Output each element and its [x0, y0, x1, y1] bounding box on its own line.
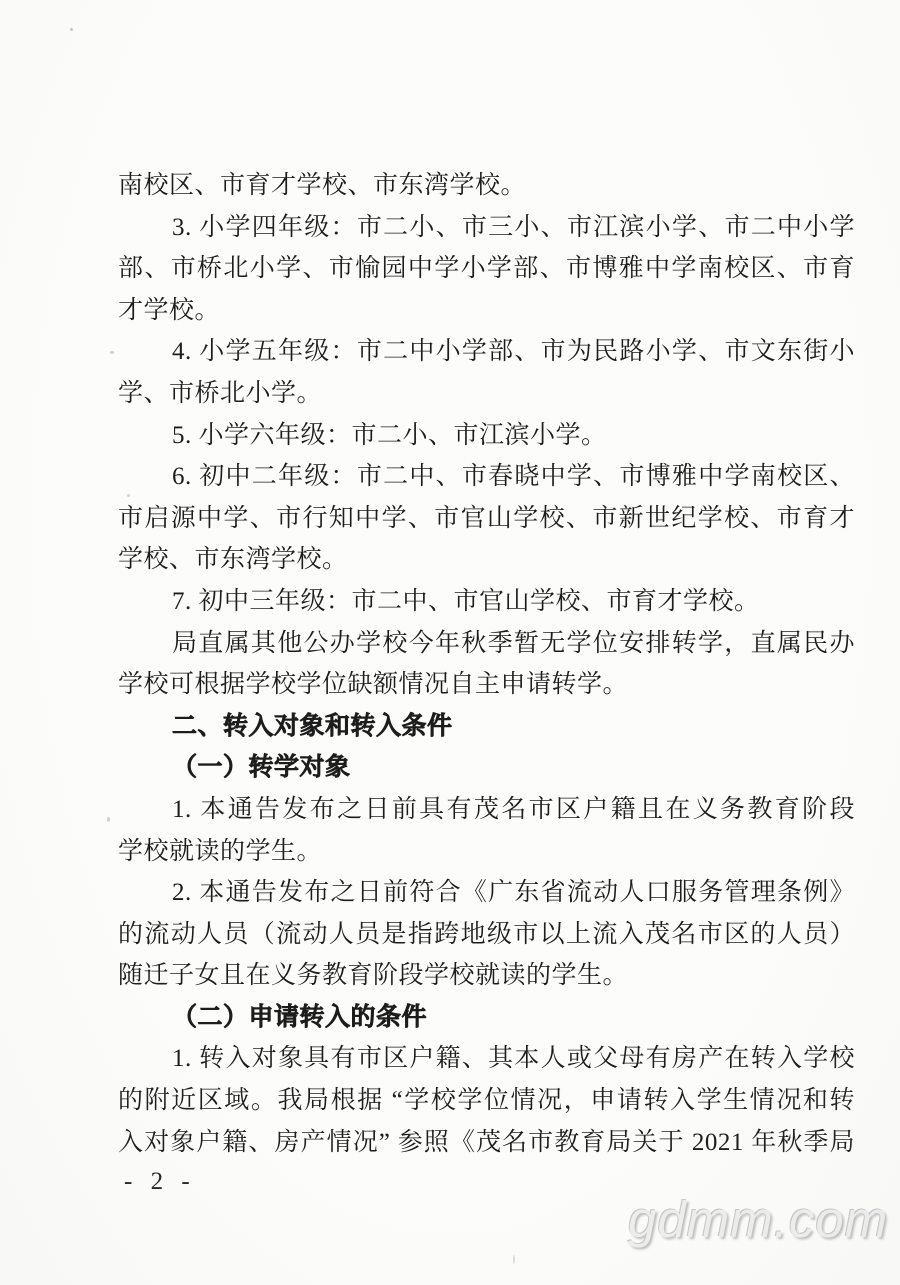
- watermark-text: gdmm.com: [628, 1190, 888, 1249]
- body-line: 局直属其他公办学校今年秋季暂无学位安排转学，直属民办: [118, 623, 855, 665]
- body-line: 南校区、市育才学校、市东湾学校。: [118, 165, 855, 207]
- list-item-junior3: 7. 初中三年级：市二中、市官山学校、市育才学校。: [118, 581, 855, 623]
- scan-artifact: [513, 1255, 515, 1264]
- body-line: 2. 本通告发布之日前符合《广东省流动人口服务管理条例》: [118, 872, 855, 914]
- scan-artifact: [110, 351, 114, 354]
- subsection-heading-1: （一）转学对象: [118, 747, 855, 789]
- document-body: 南校区、市育才学校、市东湾学校。 3. 小学四年级：市二小、市三小、市江滨小学、…: [118, 165, 855, 1163]
- list-item-junior2: 6. 初中二年级：市二中、市春晓中学、市博雅中学南校区、: [118, 456, 855, 498]
- subsection-heading-2: （二）申请转入的条件: [118, 997, 855, 1039]
- scanned-document-page: 南校区、市育才学校、市东湾学校。 3. 小学四年级：市二小、市三小、市江滨小学、…: [0, 0, 900, 1285]
- section-heading-2: 二、转入对象和转入条件: [118, 706, 855, 748]
- body-line: 学校可根据学校学位缺额情况自主申请转学。: [118, 664, 855, 706]
- body-line: 才学校。: [118, 290, 855, 332]
- body-line: 学校就读的学生。: [118, 831, 855, 873]
- body-line: 的附近区域。我局根据 “学校学位情况，申请转入学生情况和转: [118, 1080, 855, 1122]
- body-line: 1. 本通告发布之日前具有茂名市区户籍且在义务教育阶段: [118, 789, 855, 831]
- scan-artifact: [70, 28, 73, 31]
- scan-artifact: [107, 817, 110, 822]
- body-line: 市启源中学、市行知中学、市官山学校、市新世纪学校、市育才: [118, 498, 855, 540]
- body-line: 学校、市东湾学校。: [118, 539, 855, 581]
- body-line: 的流动人员（流动人员是指跨地级市以上流入茂名市区的人员）: [118, 914, 855, 956]
- list-item-grade4: 3. 小学四年级：市二小、市三小、市江滨小学、市二中小学: [118, 207, 855, 249]
- body-line: 学、市桥北小学。: [118, 373, 855, 415]
- body-line: 1. 转入对象具有市区户籍、其本人或父母有房产在转入学校: [118, 1038, 855, 1080]
- list-item-grade5: 4. 小学五年级：市二中小学部、市为民路小学、市文东街小: [118, 331, 855, 373]
- list-item-grade6: 5. 小学六年级：市二小、市江滨小学。: [118, 415, 855, 457]
- body-line: 部、市桥北小学、市愉园中学小学部、市博雅中学南校区、市育: [118, 248, 855, 290]
- page-number: - 2 -: [124, 1168, 192, 1196]
- body-line: 随迁子女且在义务教育阶段学校就读的学生。: [118, 955, 855, 997]
- body-line: 入对象户籍、房产情况” 参照《茂名市教育局关于 2021 年秋季局: [118, 1122, 855, 1164]
- scan-artifact: [127, 494, 130, 497]
